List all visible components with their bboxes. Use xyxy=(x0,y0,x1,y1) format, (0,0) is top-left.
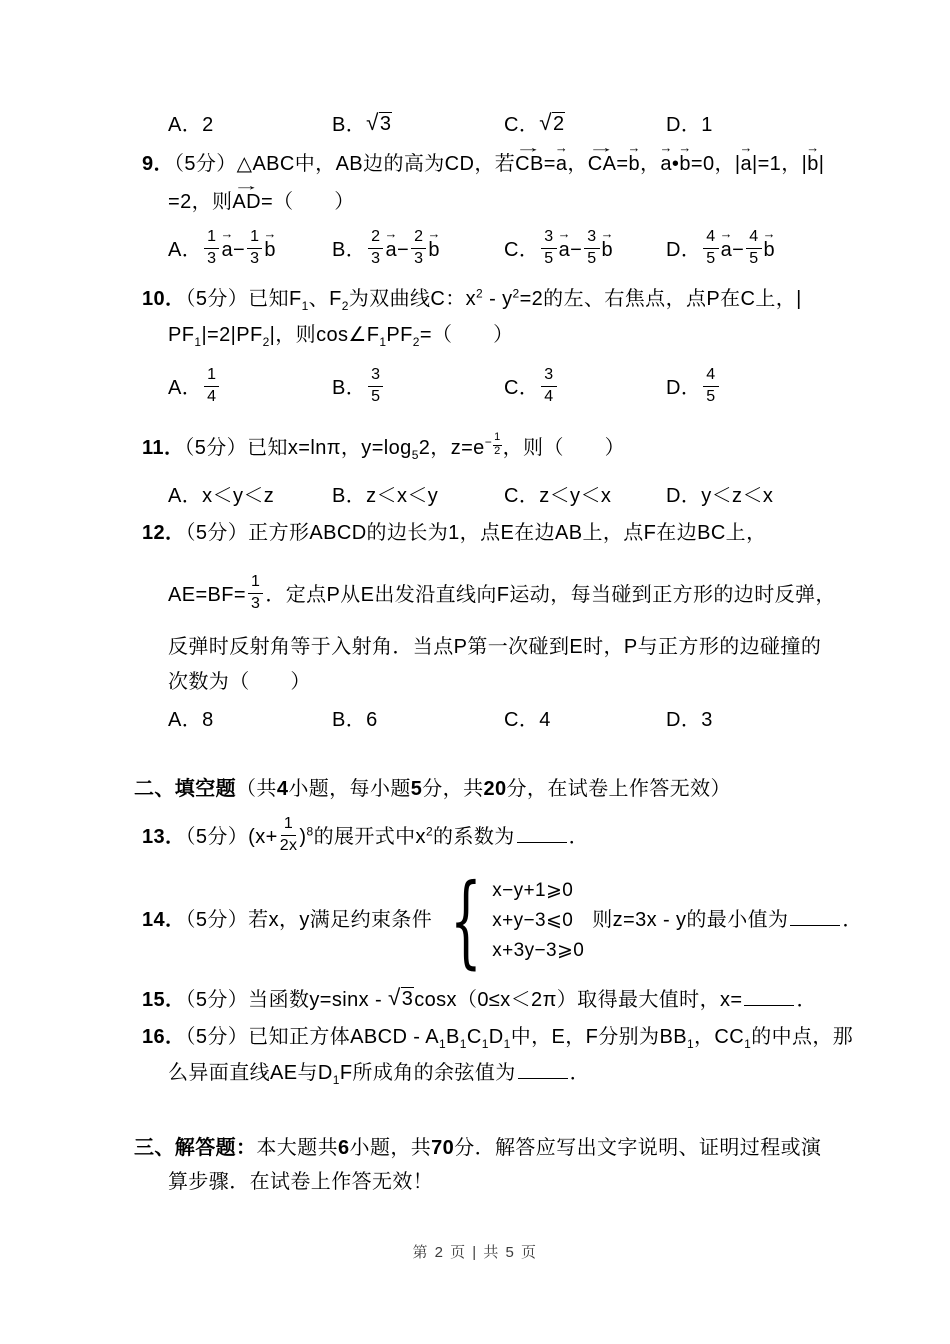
question-11-option-d: D．y＜z＜x xyxy=(666,483,773,509)
bold-text: 20 xyxy=(483,778,506,800)
fraction: 34 xyxy=(541,367,556,406)
fraction: 45 xyxy=(746,229,761,268)
bold-text: 5 xyxy=(411,778,423,800)
fraction-denominator: 3 xyxy=(371,249,380,268)
fraction: 13 xyxy=(248,574,263,613)
question-12-option-a: A．8 xyxy=(168,707,332,733)
radicand: 3 xyxy=(379,112,393,136)
constraint-line: x+3y−3⩾0 xyxy=(492,937,584,964)
fraction-numerator: 3 xyxy=(368,367,383,387)
bold-text: 二、填空题 xyxy=(134,778,236,800)
question-12-option-b: B．6 xyxy=(332,707,504,733)
fraction: 35 xyxy=(541,229,556,268)
subscript: 2 xyxy=(263,335,270,349)
vector: CB xyxy=(515,154,544,174)
fraction: 14 xyxy=(204,367,219,406)
fraction-numerator: 1 xyxy=(204,229,219,249)
question-10-option-a: A．14 xyxy=(168,365,332,411)
subscript: 1 xyxy=(379,335,386,349)
constraint-lines: x−y+1⩾0x+y−3⩽0x+3y−3⩾0 xyxy=(492,877,584,964)
subscript: 2 xyxy=(413,335,420,349)
question-11-option-b: B．z＜x＜y xyxy=(332,483,504,509)
question-10-option-d: D．45 xyxy=(666,365,721,411)
question-12-line-3: 反弹时反射角等于入射角．当点P第一次碰到E时，P与正方形的边碰撞的 xyxy=(168,634,821,660)
subscript: 1 xyxy=(482,1037,489,1051)
answer-blank-underline xyxy=(790,920,840,926)
prev-option-d: D．1 xyxy=(666,112,713,138)
fraction-denominator: 4 xyxy=(207,387,216,406)
bold-text: 9． xyxy=(142,153,174,175)
superscript: 2 xyxy=(512,286,519,300)
vector: AD xyxy=(232,192,261,212)
fraction: 12x xyxy=(280,816,298,855)
fraction-numerator: 1 xyxy=(493,432,502,446)
fraction-numerator: 1 xyxy=(248,574,263,594)
subscript: 2 xyxy=(342,299,349,313)
vector: CA xyxy=(588,154,617,174)
vector: a xyxy=(559,240,571,260)
fraction-denominator: 5 xyxy=(706,387,715,406)
prev-option-a: A．2 xyxy=(168,112,332,138)
page-footer: 第 2 页 | 共 5 页 xyxy=(0,1240,950,1266)
bold-text: 三、解答题： xyxy=(134,1137,256,1159)
square-root: 3 xyxy=(388,987,414,1011)
question-12-line-4: 次数为（ ） xyxy=(168,669,311,695)
vector: b xyxy=(264,240,276,260)
subscript: 1 xyxy=(333,1073,340,1087)
question-12-line-1: 12．（5分）正方形ABCD的边长为1，点E在边AB上，点F在边BC上， xyxy=(142,520,767,546)
vector: b xyxy=(679,154,691,174)
fraction-denominator: 3 xyxy=(414,249,423,268)
question-13-line-1: 13．（5分）(x+12x)8的展开式中x2的系数为． xyxy=(142,814,589,860)
superscript: 8 xyxy=(306,824,313,838)
subscript: 1 xyxy=(744,1037,751,1051)
vector: b xyxy=(764,240,776,260)
vector: a xyxy=(556,154,568,174)
bold-text: 12． xyxy=(142,522,185,544)
question-11-option-c: C．z＜y＜x xyxy=(504,483,666,509)
fraction: 45 xyxy=(703,229,718,268)
question-16-line-1: 16．（5分）已知正方体ABCD - A1B1C1D1中，E，F分别为BB1，C… xyxy=(142,1024,853,1050)
fraction-denominator: 5 xyxy=(544,249,553,268)
bold-text: 11． xyxy=(142,437,184,459)
vector: b xyxy=(602,240,614,260)
constraint-line: x+y−3⩽0 xyxy=(492,907,584,934)
superscript: 2 xyxy=(476,286,483,300)
answer-blank-underline xyxy=(517,837,567,843)
fraction: 12 xyxy=(493,432,502,458)
fraction: 35 xyxy=(584,229,599,268)
fraction-numerator: 3 xyxy=(541,367,556,387)
fraction-denominator: 3 xyxy=(251,594,260,613)
subscript: 1 xyxy=(504,1037,511,1051)
bold-text: 15． xyxy=(142,989,185,1011)
subscript: 1 xyxy=(460,1037,467,1051)
fraction-denominator: 2 xyxy=(493,446,502,459)
section-3-header-line-2: 算步骤．在试卷上作答无效！ xyxy=(168,1169,433,1195)
subscript: 1 xyxy=(302,299,309,313)
question-10-line-1: 10．（5分）已知F1、F2为双曲线C：x2 - y2=2的左、右焦点，点P在C… xyxy=(142,286,802,312)
constraint-line: x−y+1⩾0 xyxy=(492,877,584,904)
constraint-system: x−y+1⩾0x+y−3⩽0x+3y−3⩾0 xyxy=(434,877,584,964)
fraction: 23 xyxy=(368,229,383,268)
fraction-denominator: 2x xyxy=(280,836,298,855)
answer-blank-underline xyxy=(518,1073,568,1079)
question-16-line-2: 么异面直线AE与D1F所成角的余弦值为． xyxy=(168,1060,590,1086)
fraction: 13 xyxy=(204,229,219,268)
fraction-numerator: 2 xyxy=(411,229,426,249)
section-2-header: 二、填空题（共4小题，每小题5分，共20分，在试卷上作答无效） xyxy=(134,776,731,802)
superscript: −12 xyxy=(485,435,503,449)
fraction-numerator: 1 xyxy=(247,229,262,249)
subscript: 1 xyxy=(439,1037,446,1051)
fraction-denominator: 5 xyxy=(749,249,758,268)
question-12-line-2: AE=BF=13．定点P从E出发沿直线向F运动，每当碰到正方形的边时反弹， xyxy=(168,572,836,618)
bold-text: 6 xyxy=(338,1137,350,1159)
fraction: 45 xyxy=(703,367,718,406)
bold-text: 10． xyxy=(142,288,185,310)
prev-question-options-row: A．2 B．3 C．2 D．1 xyxy=(168,112,713,138)
question-15-line-1: 15．（5分）当函数y=sinx - 3cosx（0≤x＜2π）取得最大值时，x… xyxy=(142,987,817,1013)
radicand: 2 xyxy=(552,112,566,136)
fraction-numerator: 4 xyxy=(703,367,718,387)
question-12-options-row: A．8 B．6 C．4 D．3 xyxy=(168,707,713,733)
question-11-line-1: 11．（5分）已知x=lnπ，y=log52，z=e−12，则（ ） xyxy=(142,430,625,461)
prev-option-c: C．2 xyxy=(504,112,666,138)
fraction: 35 xyxy=(368,367,383,406)
vector: a xyxy=(740,154,752,174)
bold-text: 70 xyxy=(431,1137,454,1159)
question-14-line-1: 14．（5分）若x，y满足约束条件x−y+1⩾0x+y−3⩽0x+3y−3⩾0则… xyxy=(142,872,863,968)
vector: b xyxy=(807,154,819,174)
question-12-option-c: C．4 xyxy=(504,707,666,733)
square-root: 3 xyxy=(366,112,392,136)
subscript: 1 xyxy=(194,335,201,349)
question-10-option-c: C．34 xyxy=(504,365,666,411)
question-9-option-a: A．13a−13b xyxy=(168,227,332,273)
question-10-option-b: B．35 xyxy=(332,365,504,411)
vector: a xyxy=(385,240,397,260)
prev-option-b: B．3 xyxy=(332,112,504,138)
question-9-line-1: 9．（5分）△ABC中，AB边的高为CD，若CB=a，CA=b，a•b=0，|a… xyxy=(142,151,824,177)
vector: a xyxy=(221,240,233,260)
question-11-option-a: A．x＜y＜z xyxy=(168,483,332,509)
vector: b xyxy=(428,240,440,260)
fraction-denominator: 3 xyxy=(207,249,216,268)
exam-page: A．2 B．3 C．2 D．1 9．（5分）△ABC中，AB边的高为CD，若CB… xyxy=(0,0,950,1344)
vector: a xyxy=(721,240,733,260)
bold-text: 4 xyxy=(277,778,289,800)
fraction: 13 xyxy=(247,229,262,268)
fraction-numerator: 4 xyxy=(703,229,718,249)
fraction-numerator: 2 xyxy=(368,229,383,249)
question-10-line-2: PF1|=2|PF2|，则cos∠F1PF2=（ ） xyxy=(168,322,514,348)
bold-text: 13． xyxy=(142,826,185,848)
fraction-numerator: 3 xyxy=(541,229,556,249)
question-12-option-d: D．3 xyxy=(666,707,713,733)
vector: b xyxy=(628,154,640,174)
fraction-denominator: 5 xyxy=(371,387,380,406)
question-9-option-d: D．45a−45b xyxy=(666,227,775,273)
bold-text: 16． xyxy=(142,1026,185,1048)
fraction-numerator: 1 xyxy=(204,367,219,387)
fraction-numerator: 3 xyxy=(584,229,599,249)
fraction-denominator: 4 xyxy=(544,387,553,406)
bold-text: 14． xyxy=(142,909,185,931)
vector: a xyxy=(660,154,672,174)
question-10-options-row: A．14 B．35 C．34 D．45 xyxy=(168,365,721,411)
question-9-line-2: =2，则AD=（ ） xyxy=(168,189,355,215)
radicand: 3 xyxy=(401,987,415,1011)
question-9-option-b: B．23a−23b xyxy=(332,227,504,273)
section-3-header-line-1: 三、解答题：本大题共6小题，共70分．解答应写出文字说明、证明过程或演 xyxy=(134,1135,821,1161)
fraction-numerator: 1 xyxy=(281,816,296,836)
fraction-denominator: 5 xyxy=(706,249,715,268)
fraction-denominator: 3 xyxy=(250,249,259,268)
fraction-numerator: 4 xyxy=(746,229,761,249)
answer-blank-underline xyxy=(744,1000,794,1006)
superscript: 2 xyxy=(426,824,433,838)
subscript: 5 xyxy=(412,448,419,462)
question-9-option-c: C．35a−35b xyxy=(504,227,666,273)
fraction: 23 xyxy=(411,229,426,268)
square-root: 2 xyxy=(539,112,565,136)
fraction-denominator: 5 xyxy=(587,249,596,268)
subscript: 1 xyxy=(687,1037,694,1051)
question-9-options-row: A．13a−13b B．23a−23b C．35a−35b D．45a−45b xyxy=(168,227,775,273)
question-11-options-row: A．x＜y＜z B．z＜x＜y C．z＜y＜x D．y＜z＜x xyxy=(168,483,773,509)
